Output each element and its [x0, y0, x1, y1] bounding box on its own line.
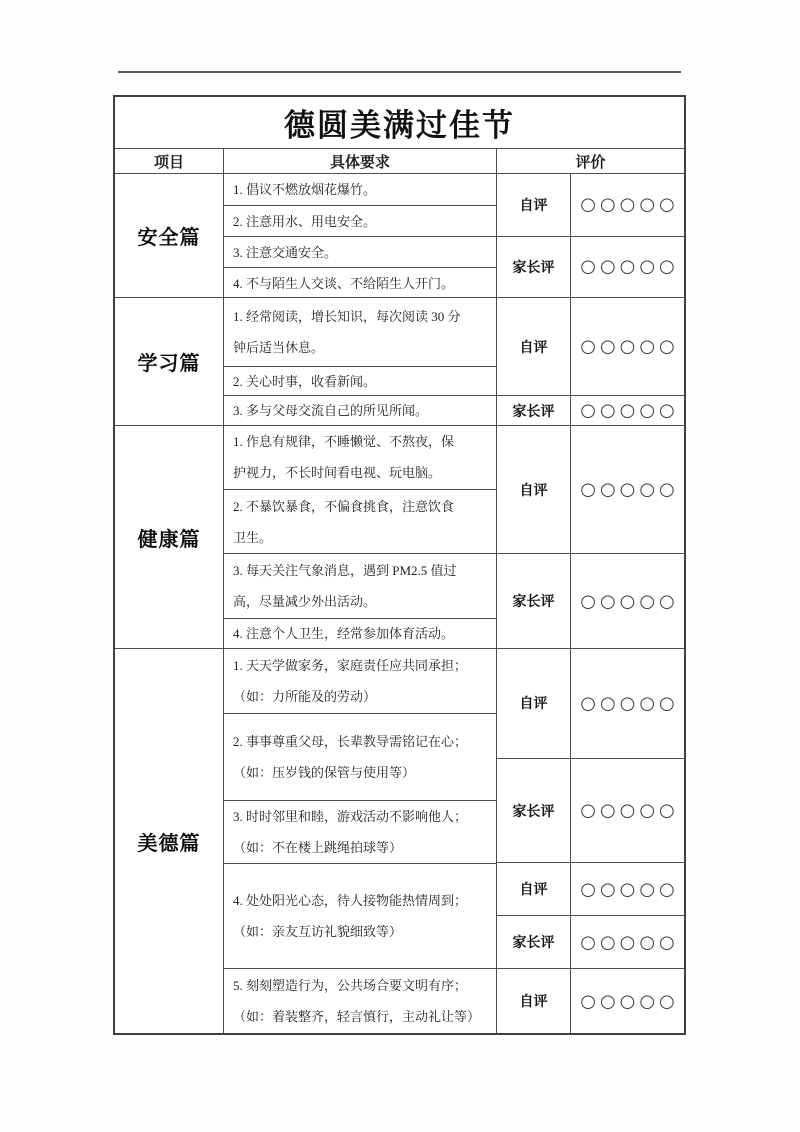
- eval-row: 家长评 ○○○○○: [497, 758, 684, 863]
- rating-circles: ○○○○○: [571, 916, 684, 968]
- section-virtue-requirements: 1. 天天学做家务，家庭责任应共同承担； （如：力所能及的劳动） 2. 事事尊重…: [224, 649, 497, 1033]
- eval-role-label: 家长评: [497, 554, 571, 648]
- rating-circles: ○○○○○: [571, 174, 684, 236]
- eval-row: 自评 ○○○○○: [497, 174, 684, 236]
- eval-role-label: 自评: [497, 298, 571, 395]
- section-safety-evaluations: 自评 ○○○○○ 家长评 ○○○○○: [497, 174, 684, 297]
- eval-row: 自评 ○○○○○: [497, 298, 684, 395]
- section-study: 学习篇 1. 经常阅读，增长知识，每次阅读 30 分 钟后适当休息。 2. 关心…: [115, 297, 684, 425]
- eval-row: 家长评 ○○○○○: [497, 236, 684, 298]
- eval-role-label: 自评: [497, 649, 571, 758]
- rating-circles: ○○○○○: [571, 426, 684, 553]
- section-virtue-label: 美德篇: [115, 649, 224, 1033]
- header-requirements-column: 具体要求: [224, 149, 497, 173]
- section-health-label: 健康篇: [115, 426, 224, 648]
- requirement-item: 3. 注意交通安全。: [224, 236, 496, 267]
- section-study-label: 学习篇: [115, 298, 224, 425]
- eval-role-label: 自评: [497, 426, 571, 553]
- requirement-item: 1. 倡议不燃放烟花爆竹。: [224, 174, 496, 205]
- rating-circles: ○○○○○: [571, 237, 684, 298]
- rating-circles: ○○○○○: [571, 759, 684, 863]
- eval-role-label: 家长评: [497, 916, 571, 968]
- eval-row: 自评 ○○○○○: [497, 649, 684, 758]
- rating-circles: ○○○○○: [571, 396, 684, 425]
- eval-row: 自评 ○○○○○: [497, 426, 684, 553]
- requirement-item: 3. 多与父母交流自己的所见所闻。: [224, 395, 496, 425]
- requirement-item: 1. 天天学做家务，家庭责任应共同承担； （如：力所能及的劳动）: [224, 649, 496, 713]
- requirement-item: 3. 每天关注气象消息，遇到 PM2.5 值过 高，尽量减少外出活动。: [224, 553, 496, 618]
- eval-role-label: 自评: [497, 174, 571, 236]
- eval-row: 家长评 ○○○○○: [497, 395, 684, 425]
- document-page: 德圆美满过佳节 项目 具体要求 评价 安全篇 1. 倡议不燃放烟花爆竹。 2. …: [0, 0, 800, 1132]
- section-study-evaluations: 自评 ○○○○○ 家长评 ○○○○○: [497, 298, 684, 425]
- requirement-item: 3. 时时邻里和睦，游戏活动不影响他人； （如：不在楼上跳绳拍球等）: [224, 800, 496, 863]
- eval-role-label: 自评: [497, 969, 571, 1033]
- section-safety-label: 安全篇: [115, 174, 224, 297]
- header-evaluation-column: 评价: [497, 149, 684, 173]
- eval-row: 自评 ○○○○○: [497, 862, 684, 915]
- rating-circles: ○○○○○: [571, 554, 684, 648]
- requirement-item: 2. 事事尊重父母，长辈教导需铭记在心； （如：压岁钱的保管与使用等）: [224, 713, 496, 800]
- rating-circles: ○○○○○: [571, 298, 684, 395]
- page-top-rule: [118, 71, 681, 73]
- requirement-item: 1. 经常阅读，增长知识，每次阅读 30 分 钟后适当休息。: [224, 298, 496, 366]
- rating-circles: ○○○○○: [571, 969, 684, 1033]
- eval-row: 自评 ○○○○○: [497, 968, 684, 1033]
- requirement-item: 2. 关心时事，收看新闻。: [224, 366, 496, 395]
- requirement-item: 1. 作息有规律，不睡懒觉、不熬夜，保 护视力，不长时间看电视、玩电脑。: [224, 426, 496, 489]
- requirement-item: 5. 刻刻塑造行为，公共场合要文明有序； （如：着装整齐，轻言慎行，主动礼让等）: [224, 968, 496, 1033]
- eval-role-label: 家长评: [497, 759, 571, 863]
- rating-circles: ○○○○○: [571, 649, 684, 758]
- section-health-evaluations: 自评 ○○○○○ 家长评 ○○○○○: [497, 426, 684, 648]
- requirement-item: 4. 处处阳光心态，待人接物能热情周到； （如：亲友互访礼貌细致等）: [224, 863, 496, 969]
- eval-role-label: 家长评: [497, 396, 571, 425]
- section-health-requirements: 1. 作息有规律，不睡懒觉、不熬夜，保 护视力，不长时间看电视、玩电脑。 2. …: [224, 426, 497, 648]
- requirement-item: 4. 不与陌生人交谈、不给陌生人开门。: [224, 267, 496, 297]
- section-safety-requirements: 1. 倡议不燃放烟花爆竹。 2. 注意用水、用电安全。 3. 注意交通安全。 4…: [224, 174, 497, 297]
- requirement-item: 2. 不暴饮暴食，不偏食挑食，注意饮食 卫生。: [224, 489, 496, 554]
- eval-role-label: 家长评: [497, 237, 571, 298]
- evaluation-table: 德圆美满过佳节 项目 具体要求 评价 安全篇 1. 倡议不燃放烟花爆竹。 2. …: [113, 95, 686, 1035]
- eval-role-label: 自评: [497, 863, 571, 915]
- eval-row: 家长评 ○○○○○: [497, 553, 684, 648]
- section-virtue: 美德篇 1. 天天学做家务，家庭责任应共同承担； （如：力所能及的劳动） 2. …: [115, 648, 684, 1033]
- table-header-row: 项目 具体要求 评价: [115, 148, 684, 173]
- table-title: 德圆美满过佳节: [115, 97, 684, 148]
- requirement-item: 4. 注意个人卫生，经常参加体育活动。: [224, 618, 496, 648]
- section-safety: 安全篇 1. 倡议不燃放烟花爆竹。 2. 注意用水、用电安全。 3. 注意交通安…: [115, 173, 684, 297]
- eval-row: 家长评 ○○○○○: [497, 915, 684, 968]
- header-item-column: 项目: [115, 149, 224, 173]
- rating-circles: ○○○○○: [571, 863, 684, 915]
- section-health: 健康篇 1. 作息有规律，不睡懒觉、不熬夜，保 护视力，不长时间看电视、玩电脑。…: [115, 425, 684, 648]
- section-study-requirements: 1. 经常阅读，增长知识，每次阅读 30 分 钟后适当休息。 2. 关心时事，收…: [224, 298, 497, 425]
- requirement-item: 2. 注意用水、用电安全。: [224, 205, 496, 236]
- section-virtue-evaluations: 自评 ○○○○○ 家长评 ○○○○○ 自评 ○○○○○ 家长评 ○○○○○ 自评: [497, 649, 684, 1033]
